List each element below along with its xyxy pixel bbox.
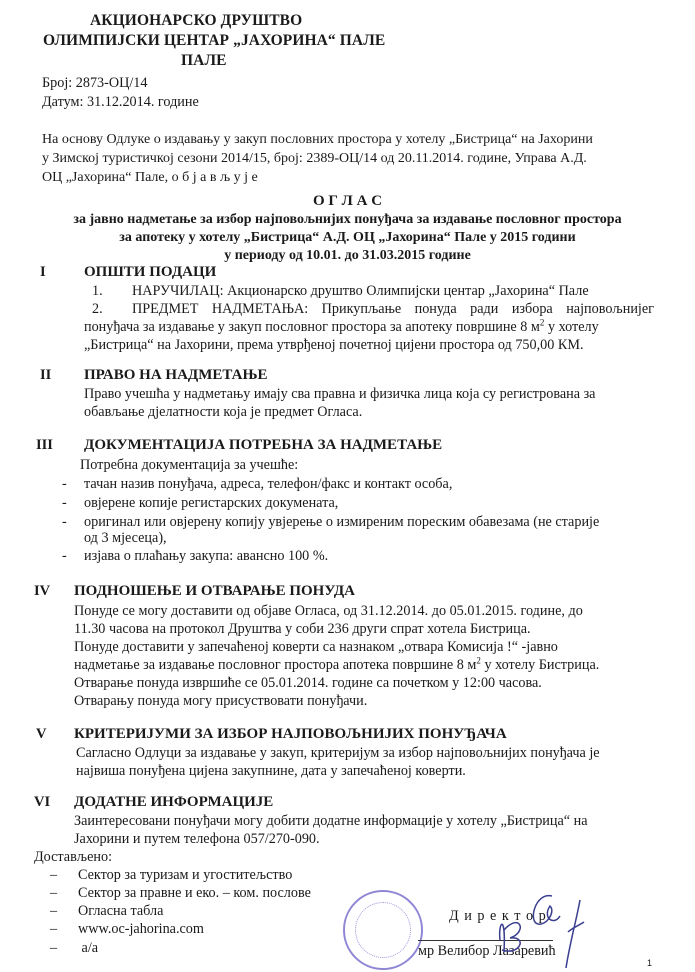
section-numeral: II xyxy=(40,367,51,384)
notice-subtitle-1: за јавно надметање за избор најповољнији… xyxy=(0,211,695,228)
website-link[interactable]: –www.oc-jahorina.com xyxy=(50,921,204,938)
section-title: ДОДАТНЕ ИНФОРМАЦИЈЕ xyxy=(74,794,273,811)
paragraph-line: Право учешћа у надметању имају сва правн… xyxy=(84,386,595,403)
list-item: -тачан назив понуђача, адреса, телефон/ф… xyxy=(62,476,452,493)
paragraph-line: Сагласно Одлуци за издавање у закуп, кри… xyxy=(76,745,600,762)
list-item: –Сектор за туризам и угоститељство xyxy=(50,867,292,884)
document-number: Број: 2873-ОЦ/14 xyxy=(42,75,148,92)
list-item: -оригинал или овјерену копију увјерење о… xyxy=(62,514,599,531)
notice-subtitle-3: у периоду од 10.01. до 31.03.2015 године xyxy=(0,247,695,264)
list-item: – а/а xyxy=(50,940,98,957)
auction-subject: ПРЕДМЕТ НАДМЕТАЊА: Прикупљање понуда рад… xyxy=(132,301,654,318)
paragraph-line: Отварању понуда могу присуствовати понуђ… xyxy=(74,693,367,710)
distribution-label: Достављено: xyxy=(34,849,112,866)
documents-intro: Потребна документација за учешће: xyxy=(80,457,298,474)
section-title: КРИТЕРИЈУМИ ЗА ИЗБОР НАЈПОВОЉНИЈИХ ПОНУЂ… xyxy=(74,726,507,743)
auction-subject-cont-1: понуђача за издавање у закуп пословног п… xyxy=(84,319,599,336)
notice-title: О Г Л А С xyxy=(0,193,695,210)
org-name-line1: АКЦИОНАРСКО ДРУШТВО xyxy=(90,12,302,29)
auction-subject-cont-2: „Бистрица“ на Јахорини, према утврђеној … xyxy=(84,337,584,354)
list-item: –Огласна табла xyxy=(50,903,163,920)
paragraph-line: Отварање понуда извршиће се 05.01.2014. … xyxy=(74,675,542,692)
section-numeral: V xyxy=(36,726,46,743)
intro-line-1: На основу Одлуке о издавању у закуп посл… xyxy=(42,131,593,148)
item-number: 2. xyxy=(92,301,103,318)
intro-line-2: у Зимској туристичкој сезони 2014/15, бр… xyxy=(42,150,587,167)
list-item: –Сектор за правне и еко. – ком. послове xyxy=(50,885,311,902)
paragraph-line: Заинтересовани понуђачи могу добити дода… xyxy=(74,813,588,830)
intro-line-3: ОЦ „Јахорина“ Пале, о б ј а в љ у ј е xyxy=(42,169,258,186)
section-numeral: III xyxy=(36,437,53,454)
section-numeral: VI xyxy=(34,794,50,811)
org-name-line3: ПАЛЕ xyxy=(181,52,227,69)
org-name-line2: ОЛИМПИЈСКИ ЦЕНТАР „ЈАХОРИНА“ ПАЛЕ xyxy=(43,32,385,49)
handwritten-signature xyxy=(480,882,590,972)
paragraph-line: највиша понуђена цијена закупнине, дата … xyxy=(76,763,466,780)
item-number: 1. xyxy=(92,283,103,300)
document-date: Датум: 31.12.2014. године xyxy=(42,94,199,111)
official-stamp xyxy=(343,890,423,970)
contracting-authority: НАРУЧИЛАЦ: Акционарско друштво Олимпијск… xyxy=(132,283,589,300)
section-title: ПОДНОШЕЊЕ И ОТВАРАЊЕ ПОНУДА xyxy=(74,583,355,600)
notice-subtitle-2: за апотеку у хотелу „Бистрица“ А.Д. ОЦ „… xyxy=(0,229,695,246)
paragraph-line: Јахорини и путем телефона 057/270-090. xyxy=(74,831,320,848)
section-title: ОПШТИ ПОДАЦИ xyxy=(84,264,216,281)
section-numeral: I xyxy=(40,264,46,281)
paragraph-line: Понуде доставити у запечаћеној коверти с… xyxy=(74,639,558,656)
section-numeral: IV xyxy=(34,583,50,600)
page-number: 1 xyxy=(647,955,652,972)
list-item: -овјерене копије регистарских докумената… xyxy=(62,495,338,512)
section-title: ДОКУМЕНТАЦИЈА ПОТРЕБНА ЗА НАДМЕТАЊЕ xyxy=(84,437,442,454)
paragraph-line: надметање за издавање пословног простора… xyxy=(74,657,599,674)
paragraph-line: обављање дјелатности која је предмет Огл… xyxy=(84,404,362,421)
list-item: -изјава о плаћању закупа: авансно 100 %. xyxy=(62,548,328,565)
section-title: ПРАВО НА НАДМЕТАЊЕ xyxy=(84,367,268,384)
list-item-cont: од 3 мјесеца), xyxy=(84,530,167,547)
paragraph-line: 11.30 часова на протокол Друштва у соби … xyxy=(74,621,531,638)
paragraph-line: Понуде се могу доставити од објаве Оглас… xyxy=(74,603,583,620)
